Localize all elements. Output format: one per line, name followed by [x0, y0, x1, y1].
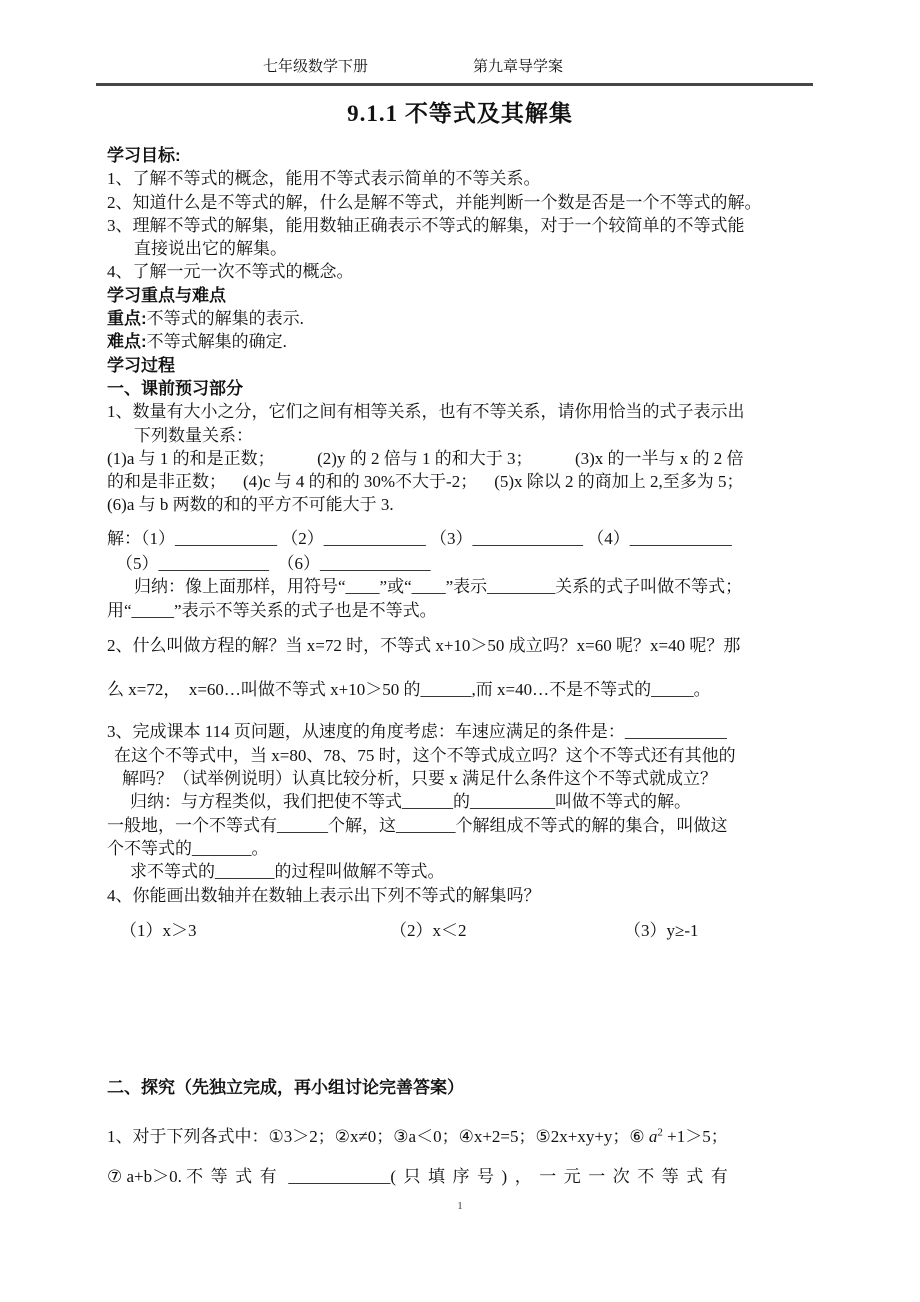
inequality-item: （1）x＞3 [120, 919, 390, 942]
page-header: 七年级数学下册 第九章导学案 [263, 0, 920, 78]
text-segment: ⑦ a+b＞0. [107, 1167, 186, 1186]
q3-text: 3、完成课本 114 页问题，从速度的角度考虑：车速应满足的条件是：______… [107, 720, 840, 743]
text-segment: 不等式的解集的表示. [147, 309, 304, 328]
text-segment: (1)a 与 1 的和是正数； (2)y 的 2 倍与 1 的和大于 3； (3… [107, 449, 744, 468]
difficult-point: 难点:不等式解集的确定. [107, 330, 840, 353]
goal-2: 2、知道什么是不等式的解，什么是解不等式，并能判断一个数是否是一个不等式的解。 [107, 191, 840, 214]
goal-3-cont: 直接说出它的解集。 [107, 237, 840, 260]
text-segment: 学习过程 [107, 356, 175, 375]
text-segment: 学习重点与难点 [107, 286, 226, 305]
q3-summary-b: 一般地，一个不等式有______个解，这_______个解组成不等式的解的集合，… [107, 814, 840, 837]
q1-answer-blanks-cont: （5）_____________ （6）_____________ [107, 552, 840, 575]
text-segment: +1＞5； [663, 1127, 728, 1146]
text-segment: 不等式解集的确定. [147, 332, 287, 351]
q1-items-c: (6)a 与 b 两数的和的平方不可能大于 3. [107, 493, 840, 516]
key-difficult-heading: 学习重点与难点 [107, 284, 840, 307]
text-segment: 学习目标: [107, 146, 181, 165]
explore-q1-cont: ⑦ a+b＞0. 不等式有 ____________(只填序号)，一元一次不等式… [107, 1165, 840, 1188]
q3-text-c: 解吗？（试举例说明）认真比较分析，只要 x 满足什么条件这个不等式就成立？ [107, 767, 840, 790]
text-segment: 2、什么叫做方程的解？当 x=72 时，不等式 x+10＞50 成立吗？x=60… [107, 636, 740, 655]
text-segment: （5）_____________ （6）_____________ [116, 554, 431, 573]
q3-summary-d: 求不等式的_______的过程叫做解不等式。 [107, 860, 840, 883]
process-heading: 学习过程 [107, 354, 840, 377]
text-segment: 个不等式的_______。 [107, 839, 269, 858]
header-chapter-label: 第九章导学案 [473, 57, 563, 78]
text-segment: 一、课前预习部分 [107, 379, 243, 398]
text-segment: 重点: [107, 309, 147, 328]
q1-text-cont: 下列数量关系： [107, 424, 840, 447]
q3-text-b: 在这个不等式中，当 x=80、78、75 时，这个不等式成立吗？这个不等式还有其… [107, 744, 840, 767]
text-segment: 难点: [107, 332, 147, 351]
q1-text: 1、数量有大小之分，它们之间有相等关系，也有不等关系，请你用恰当的式子表示出 [107, 400, 840, 423]
goal-4: 4、了解一元一次不等式的概念。 [107, 260, 840, 283]
q1-answer-blanks: 解：（1）____________ （2）____________ （3）___… [107, 527, 840, 550]
text-segment: 4、你能画出数轴并在数轴上表示出下列不等式的解集吗？ [107, 886, 541, 905]
q2-text: 2、什么叫做方程的解？当 x=72 时，不等式 x+10＞50 成立吗？x=60… [107, 634, 840, 657]
goals-heading: 学习目标: [107, 144, 840, 167]
text-segment: 不等式有 [186, 1167, 284, 1186]
text-segment: 3、完成课本 114 页问题，从速度的角度考虑：车速应满足的条件是：______… [107, 722, 727, 741]
text-segment: 4、了解一元一次不等式的概念。 [107, 262, 354, 281]
text-segment: 3、理解不等式的解集，能用数轴正确表示不等式的解集，对于一个较简单的不等式能 [107, 216, 745, 235]
text-segment: 归纳：与方程类似，我们把使不等式______的__________叫做不等式的解… [130, 792, 691, 811]
text-segment: 用“_____”表示不等关系的式子也是不等式。 [107, 601, 437, 620]
q3-summary-c: 个不等式的_______。 [107, 837, 840, 860]
text-segment: 归纳：像上面那样，用符号“____”或“____”表示________关系的式子… [134, 577, 742, 596]
inequality-item: （2）x＜2 [390, 919, 624, 942]
text-segment: 下列数量关系： [134, 426, 253, 445]
document-body: 学习目标:1、了解不等式的概念，能用不等式表示简单的不等关系。2、知道什么是不等… [107, 144, 840, 1188]
inequality-item: （3）y≥-1 [624, 919, 699, 942]
q1-summary: 归纳：像上面那样，用符号“____”或“____”表示________关系的式子… [107, 575, 840, 598]
text-segment: 2、知道什么是不等式的解，什么是解不等式，并能判断一个数是否是一个不等式的解。 [107, 193, 762, 212]
text-segment: (6)a 与 b 两数的和的平方不可能大于 3. [107, 495, 394, 514]
header-course-label: 七年级数学下册 [263, 57, 368, 78]
q4-text: 4、你能画出数轴并在数轴上表示出下列不等式的解集吗？ [107, 884, 840, 907]
part2-heading: 二、探究（先独立完成，再小组讨论完善答案） [107, 1076, 840, 1099]
header-divider [96, 83, 813, 86]
q1-items-a: (1)a 与 1 的和是正数； (2)y 的 2 倍与 1 的和大于 3； (3… [107, 447, 840, 470]
text-segment: 1、数量有大小之分，它们之间有相等关系，也有不等关系，请你用恰当的式子表示出 [107, 402, 745, 421]
text-segment: 一般地，一个不等式有______个解，这_______个解组成不等式的解的集合，… [107, 816, 728, 835]
goal-3: 3、理解不等式的解集，能用数轴正确表示不等式的解集，对于一个较简单的不等式能 [107, 214, 840, 237]
text-segment: 在这个不等式中，当 x=80、78、75 时，这个不等式成立吗？这个不等式还有其… [114, 746, 736, 765]
text-segment: 解吗？（试举例说明）认真比较分析，只要 x 满足什么条件这个不等式就成立？ [122, 769, 717, 788]
text-segment: 二、探究（先独立完成，再小组讨论完善答案） [107, 1078, 464, 1097]
text-segment: 么 x=72， x=60…叫做不等式 x+10＞50 的______,而 x=4… [107, 680, 711, 699]
q1-items-b: 的和是非正数； (4)c 与 4 的和的 30%不大于-2； (5)x 除以 2… [107, 470, 840, 493]
q3-summary: 归纳：与方程类似，我们把使不等式______的__________叫做不等式的解… [107, 790, 840, 813]
key-point: 重点:不等式的解集的表示. [107, 307, 840, 330]
goal-1: 1、了解不等式的概念，能用不等式表示简单的不等关系。 [107, 167, 840, 190]
part1-heading: 一、课前预习部分 [107, 377, 840, 400]
text-segment: 直接说出它的解集。 [134, 239, 287, 258]
text-segment: ____________ [284, 1167, 390, 1186]
text-segment: 求不等式的_______的过程叫做解不等式。 [130, 862, 445, 881]
text-segment: (只填序号)，一元一次不等式有 [390, 1167, 735, 1186]
page-title: 9.1.1 不等式及其解集 [0, 99, 920, 129]
text-segment: 1、对于下列各式中：①3＞2；②x≠0；③a＜0；④x+2=5；⑤2x+xy+y… [107, 1127, 649, 1146]
text-segment: 的和是非正数； (4)c 与 4 的和的 30%不大于-2； (5)x 除以 2… [107, 472, 744, 491]
footer-page-number: 1 [0, 1200, 920, 1212]
text-segment: 解：（1）____________ （2）____________ （3）___… [107, 529, 732, 548]
q4-inequalities: （1）x＞3（2）x＜2（3）y≥-1 [107, 919, 840, 942]
worksheet-page: 七年级数学下册 第九章导学案 9.1.1 不等式及其解集 学习目标:1、了解不等… [0, 0, 920, 1302]
explore-q1: 1、对于下列各式中：①3＞2；②x≠0；③a＜0；④x+2=5；⑤2x+xy+y… [107, 1125, 840, 1148]
q1-summary-cont: 用“_____”表示不等关系的式子也是不等式。 [107, 599, 840, 622]
text-segment: 1、了解不等式的概念，能用不等式表示简单的不等关系。 [107, 169, 541, 188]
q2-text-cont: 么 x=72， x=60…叫做不等式 x+10＞50 的______,而 x=4… [107, 678, 840, 701]
